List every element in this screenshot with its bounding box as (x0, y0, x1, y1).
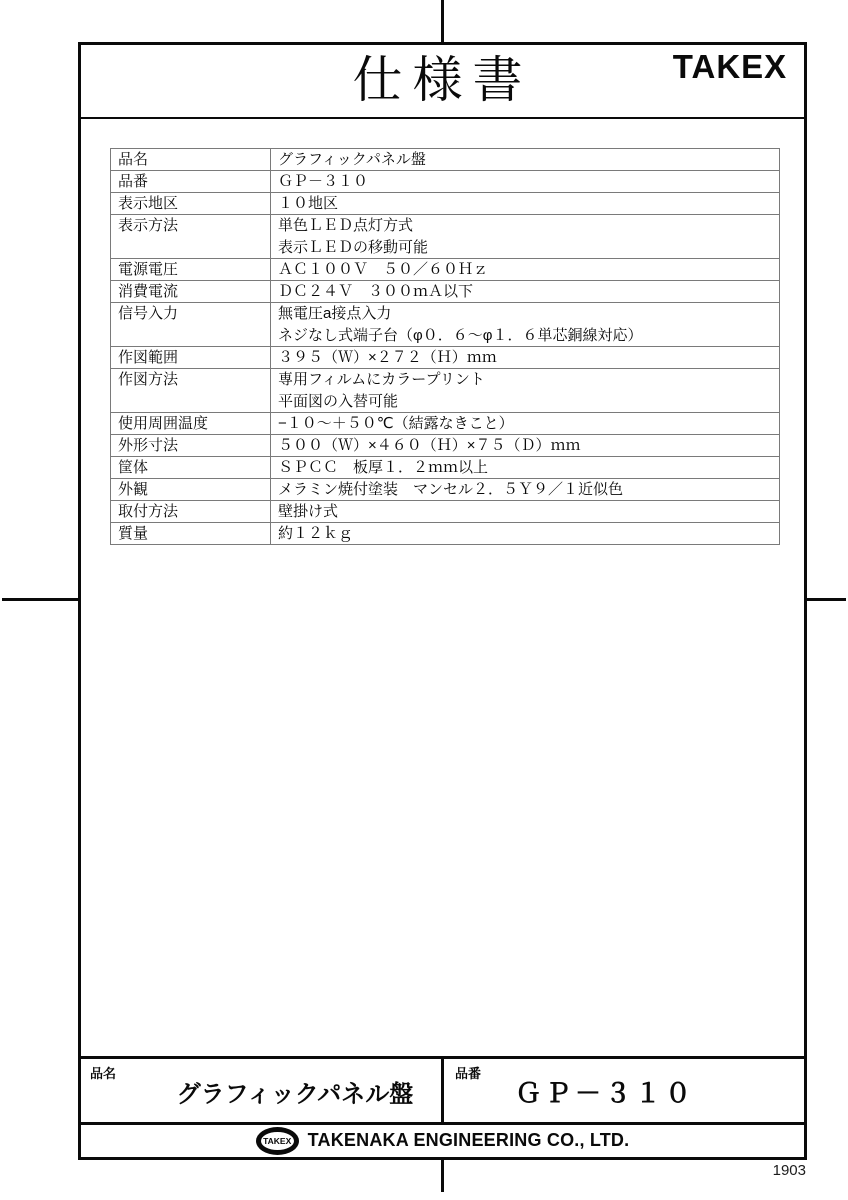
spec-row-label: 品名 (111, 149, 271, 171)
spec-row-value: 単色ＬＥＤ点灯方式表示ＬＥＤの移動可能 (271, 215, 780, 259)
spec-table: 品名グラフィックパネル盤品番ＧＰ－３１０表示地区１０地区表示方法単色ＬＥＤ点灯方… (110, 148, 780, 545)
spec-value-line: ＳＰＣＣ 板厚１．２ｍｍ以上 (278, 457, 772, 478)
spec-table-row: 取付方法壁掛け式 (111, 501, 780, 523)
spec-row-label: 使用周囲温度 (111, 413, 271, 435)
spec-row-label: 品番 (111, 171, 271, 193)
spec-value-line: ＤＣ２４Ｖ ３００ｍＡ以下 (278, 281, 772, 302)
spec-value-line: 無電圧a接点入力 (278, 303, 772, 324)
spec-table-row: 筐体ＳＰＣＣ 板厚１．２ｍｍ以上 (111, 457, 780, 479)
spec-value-line: 表示ＬＥＤの移動可能 (278, 237, 772, 258)
spec-value-line: 専用フィルムにカラープリント (278, 369, 772, 390)
spec-table-row: 品名グラフィックパネル盤 (111, 149, 780, 171)
spec-row-value: 専用フィルムにカラープリント平面図の入替可能 (271, 369, 780, 413)
registration-mark-left (2, 598, 78, 601)
spec-table-row: 品番ＧＰ－３１０ (111, 171, 780, 193)
footer-divider-line (441, 1056, 444, 1125)
spec-row-label: 作図方法 (111, 369, 271, 413)
spec-value-line: ３９５（Ｗ）×２７２（Ｈ）ｍｍ (278, 347, 772, 368)
spec-row-label: 作図範囲 (111, 347, 271, 369)
spec-value-line: ＡＣ１００Ｖ ５０／６０Ｈｚ (278, 259, 772, 280)
spec-value-line: 平面図の入替可能 (278, 391, 772, 412)
spec-table-row: 信号入力無電圧a接点入力ネジなし式端子台（φ０．６～φ１．６単芯銅線対応） (111, 303, 780, 347)
spec-row-value: −１０～＋５０℃（結露なきこと） (271, 413, 780, 435)
spec-row-value: メラミン焼付塗装 マンセル２．５Ｙ９／１近似色 (271, 479, 780, 501)
spec-row-value: 約１２ｋｇ (271, 523, 780, 545)
header-divider-line (81, 117, 804, 119)
spec-value-line: 単色ＬＥＤ点灯方式 (278, 215, 772, 236)
takex-logo: TAKEX (664, 50, 796, 84)
footer-number-value: ＧＰ－３１０ (460, 1073, 750, 1110)
spec-row-label: 表示地区 (111, 193, 271, 215)
spec-value-line: １０地区 (278, 193, 772, 214)
spec-table-row: 消費電流ＤＣ２４Ｖ ３００ｍＡ以下 (111, 281, 780, 303)
spec-sheet-page: 仕様書 TAKEX 品名グラフィックパネル盤品番ＧＰ－３１０表示地区１０地区表示… (0, 0, 848, 1200)
spec-table-row: 外観メラミン焼付塗装 マンセル２．５Ｙ９／１近似色 (111, 479, 780, 501)
doc-number: 1903 (0, 1162, 806, 1179)
spec-row-label: 消費電流 (111, 281, 271, 303)
spec-value-line: ネジなし式端子台（φ０．６～φ１．６単芯銅線対応） (278, 325, 772, 346)
spec-table-row: 質量約１２ｋｇ (111, 523, 780, 545)
spec-table-row: 表示方法単色ＬＥＤ点灯方式表示ＬＥＤの移動可能 (111, 215, 780, 259)
spec-row-value: ＤＣ２４Ｖ ３００ｍＡ以下 (271, 281, 780, 303)
company-name: TAKENAKA ENGINEERING CO., LTD. (308, 1130, 630, 1151)
spec-row-value: ３９５（Ｗ）×２７２（Ｈ）ｍｍ (271, 347, 780, 369)
spec-value-line: ＧＰ－３１０ (278, 171, 772, 192)
spec-row-label: 外観 (111, 479, 271, 501)
spec-row-label: 電源電圧 (111, 259, 271, 281)
spec-value-line: メラミン焼付塗装 マンセル２．５Ｙ９／１近似色 (278, 479, 772, 500)
spec-table-row: 表示地区１０地区 (111, 193, 780, 215)
spec-row-label: 質量 (111, 523, 271, 545)
spec-row-label: 表示方法 (111, 215, 271, 259)
spec-value-line: ５００（Ｗ）×４６０（Ｈ）×７５（Ｄ）ｍｍ (278, 435, 772, 456)
spec-row-label: 外形寸法 (111, 435, 271, 457)
company-bar: TAKEX TAKENAKA ENGINEERING CO., LTD. (81, 1125, 804, 1156)
spec-row-value: グラフィックパネル盤 (271, 149, 780, 171)
spec-value-line: 約１２ｋｇ (278, 523, 772, 544)
registration-mark-right (806, 598, 846, 601)
spec-row-label: 取付方法 (111, 501, 271, 523)
spec-row-label: 信号入力 (111, 303, 271, 347)
spec-table-row: 電源電圧ＡＣ１００Ｖ ５０／６０Ｈｚ (111, 259, 780, 281)
spec-row-value: ５００（Ｗ）×４６０（Ｈ）×７５（Ｄ）ｍｍ (271, 435, 780, 457)
takex-circle-logo-icon: TAKEX (256, 1127, 299, 1155)
footer-name-value: グラフィックパネル盤 (150, 1074, 440, 1109)
registration-mark-top (441, 0, 444, 42)
spec-row-value: ＳＰＣＣ 板厚１．２ｍｍ以上 (271, 457, 780, 479)
footer-name-label: 品名 (90, 1063, 116, 1082)
spec-table-row: 作図範囲３９５（Ｗ）×２７２（Ｈ）ｍｍ (111, 347, 780, 369)
spec-value-line: グラフィックパネル盤 (278, 149, 772, 170)
spec-table-row: 作図方法専用フィルムにカラープリント平面図の入替可能 (111, 369, 780, 413)
spec-table-row: 使用周囲温度−１０～＋５０℃（結露なきこと） (111, 413, 780, 435)
spec-row-value: ＧＰ－３１０ (271, 171, 780, 193)
spec-table-body: 品名グラフィックパネル盤品番ＧＰ－３１０表示地区１０地区表示方法単色ＬＥＤ点灯方… (111, 149, 780, 545)
spec-row-value: 無電圧a接点入力ネジなし式端子台（φ０．６～φ１．６単芯銅線対応） (271, 303, 780, 347)
spec-value-line: −１０～＋５０℃（結露なきこと） (278, 413, 772, 434)
spec-table-row: 外形寸法５００（Ｗ）×４６０（Ｈ）×７５（Ｄ）ｍｍ (111, 435, 780, 457)
spec-row-value: 壁掛け式 (271, 501, 780, 523)
spec-row-value: １０地区 (271, 193, 780, 215)
spec-row-label: 筐体 (111, 457, 271, 479)
spec-row-value: ＡＣ１００Ｖ ５０／６０Ｈｚ (271, 259, 780, 281)
spec-value-line: 壁掛け式 (278, 501, 772, 522)
